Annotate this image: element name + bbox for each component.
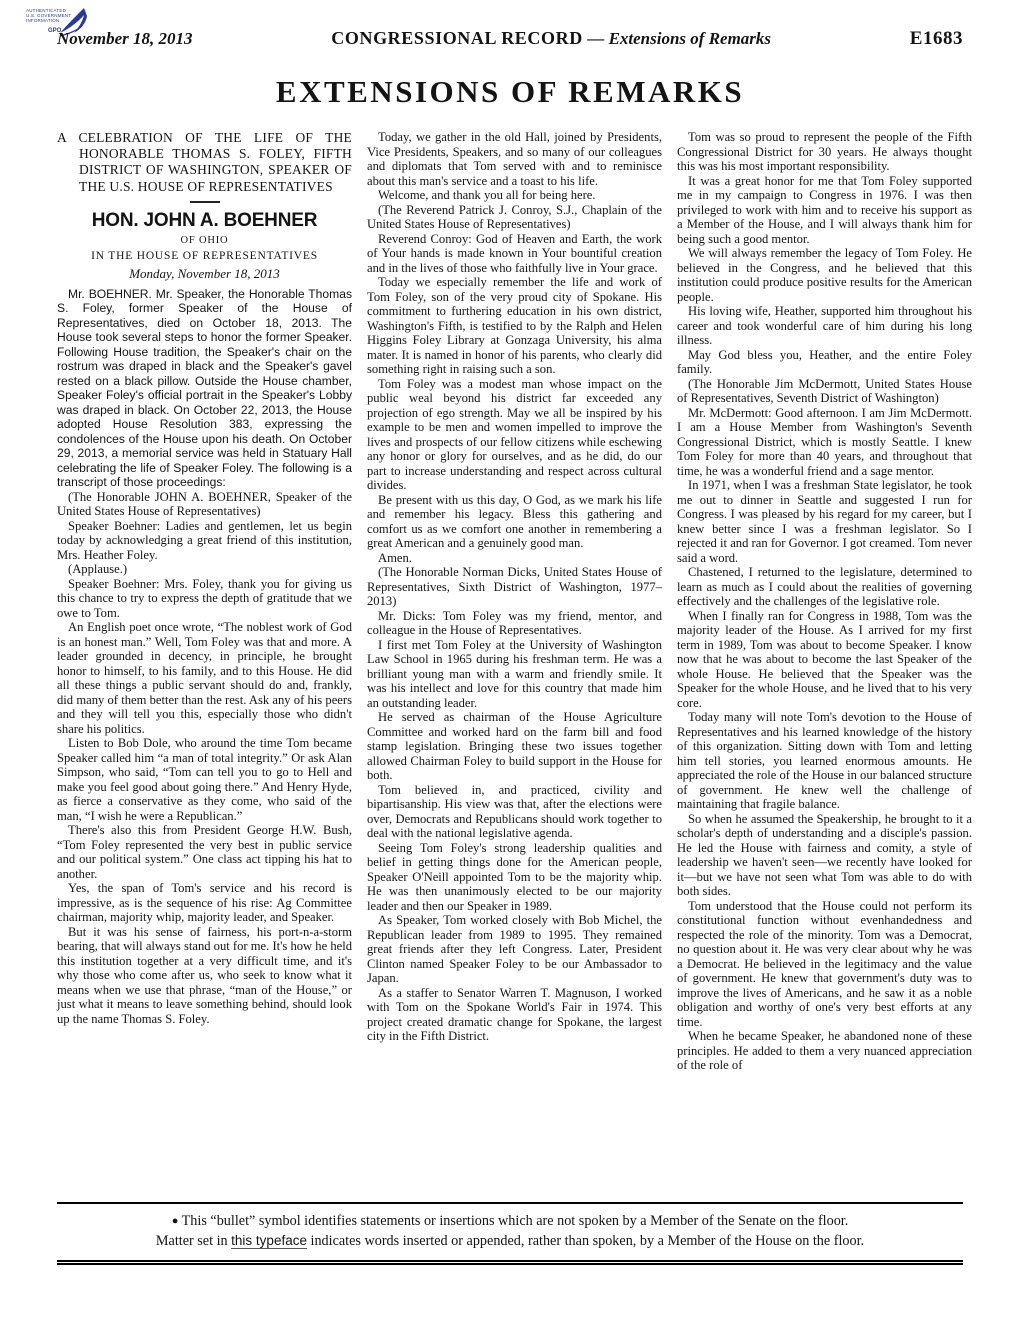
paragraph: (Applause.) xyxy=(57,562,352,577)
paragraph: Amen. xyxy=(367,551,662,566)
paragraph: Be present with us this day, O God, as w… xyxy=(367,493,662,551)
paragraph: He served as chairman of the House Agric… xyxy=(367,710,662,783)
paragraph: It was a great honor for me that Tom Fol… xyxy=(677,174,972,247)
paragraph: Mr. BOEHNER. Mr. Speaker, the Honorable … xyxy=(57,287,352,490)
paragraph: (The Honorable Norman Dicks, United Stat… xyxy=(367,565,662,609)
paragraph: May God bless you, Heather, and the enti… xyxy=(677,348,972,377)
paragraph: Mr. Dicks: Tom Foley was my friend, ment… xyxy=(367,609,662,638)
paragraph: There's also this from President George … xyxy=(57,823,352,881)
paragraph: As Speaker, Tom worked closely with Bob … xyxy=(367,913,662,986)
paragraph: So when he assumed the Speakership, he b… xyxy=(677,812,972,899)
speaker-state-line: OF OHIO xyxy=(57,235,352,246)
paragraph: Tom was so proud to represent the people… xyxy=(677,130,972,174)
running-head-title: CONGRESSIONAL RECORD — Extensions of Rem… xyxy=(331,28,771,49)
paragraph: Mr. McDermott: Good afternoon. I am Jim … xyxy=(677,406,972,479)
paragraph: Seeing Tom Foley's strong leadership qua… xyxy=(367,841,662,914)
column-1-paragraphs: Mr. BOEHNER. Mr. Speaker, the Honorable … xyxy=(57,287,352,1027)
date-line: Monday, November 18, 2013 xyxy=(57,266,352,282)
typeface-note: Matter set in this typeface indicates wo… xyxy=(57,1231,963,1251)
section-name: — Extensions of Remarks xyxy=(587,29,771,48)
text-columns: A CELEBRATION OF THE LIFE OF THE HONORAB… xyxy=(57,130,972,1073)
chamber-line: IN THE HOUSE OF REPRESENTATIVES xyxy=(57,250,352,262)
paragraph: When he became Speaker, he abandoned non… xyxy=(677,1029,972,1073)
column-2-paragraphs: Today, we gather in the old Hall, joined… xyxy=(367,130,662,1044)
paragraph: His loving wife, Heather, supported him … xyxy=(677,304,972,348)
paragraph: Speaker Boehner: Mrs. Foley, thank you f… xyxy=(57,577,352,621)
paragraph: (The Honorable Jim McDermott, United Sta… xyxy=(677,377,972,406)
typeface-sample: this typeface xyxy=(231,1233,307,1249)
paragraph: I first met Tom Foley at the University … xyxy=(367,638,662,711)
paragraph: (The Honorable JOHN A. BOEHNER, Speaker … xyxy=(57,490,352,519)
paragraph: Today many will note Tom's devotion to t… xyxy=(677,710,972,812)
column-3-paragraphs: Tom was so proud to represent the people… xyxy=(677,130,972,1073)
paragraph: Tom believed in, and practiced, civility… xyxy=(367,783,662,841)
publication-name: CONGRESSIONAL RECORD xyxy=(331,28,583,48)
congressional-record-page: AUTHENTICATED U.S. GOVERNMENT INFORMATIO… xyxy=(0,0,1020,1320)
paragraph: We will always remember the legacy of To… xyxy=(677,246,972,304)
title-divider-rule xyxy=(190,201,220,203)
paragraph: Speaker Boehner: Ladies and gentlemen, l… xyxy=(57,519,352,563)
page-number: E1683 xyxy=(910,28,963,50)
paragraph: Tom understood that the House could not … xyxy=(677,899,972,1030)
paragraph: When I finally ran for Congress in 1988,… xyxy=(677,609,972,711)
paragraph: Listen to Bob Dole, who around the time … xyxy=(57,736,352,823)
paragraph: Today we especially remember the life an… xyxy=(367,275,662,377)
paragraph: Welcome, and thank you all for being her… xyxy=(367,188,662,203)
paragraph: Tom Foley was a modest man whose impact … xyxy=(367,377,662,493)
article-title: A CELEBRATION OF THE LIFE OF THE HONORAB… xyxy=(57,130,352,195)
paragraph: In 1971, when I was a freshman State leg… xyxy=(677,478,972,565)
paragraph: (The Reverend Patrick J. Conroy, S.J., C… xyxy=(367,203,662,232)
column-2: Today, we gather in the old Hall, joined… xyxy=(367,130,662,1073)
paragraph: But it was his sense of fairness, his po… xyxy=(57,925,352,1027)
bullet-note: ● This “bullet” symbol identifies statem… xyxy=(57,1211,963,1231)
paragraph: As a staffer to Senator Warren T. Magnus… xyxy=(367,986,662,1044)
running-head: November 18, 2013 CONGRESSIONAL RECORD —… xyxy=(57,28,963,50)
page-footer-note: ● This “bullet” symbol identifies statem… xyxy=(57,1202,963,1265)
column-3: Tom was so proud to represent the people… xyxy=(677,130,972,1073)
masthead-title: EXTENSIONS OF REMARKS xyxy=(0,74,1020,110)
paragraph: Yes, the span of Tom's service and his r… xyxy=(57,881,352,925)
paragraph: Chastened, I returned to the legislature… xyxy=(677,565,972,609)
paragraph: Reverend Conroy: God of Heaven and Earth… xyxy=(367,232,662,276)
speaker-name-heading: HON. JOHN A. BOEHNER xyxy=(57,210,352,232)
paragraph: An English poet once wrote, “The noblest… xyxy=(57,620,352,736)
column-1: A CELEBRATION OF THE LIFE OF THE HONORAB… xyxy=(57,130,352,1073)
paragraph: Today, we gather in the old Hall, joined… xyxy=(367,130,662,188)
running-head-date: November 18, 2013 xyxy=(57,29,193,49)
